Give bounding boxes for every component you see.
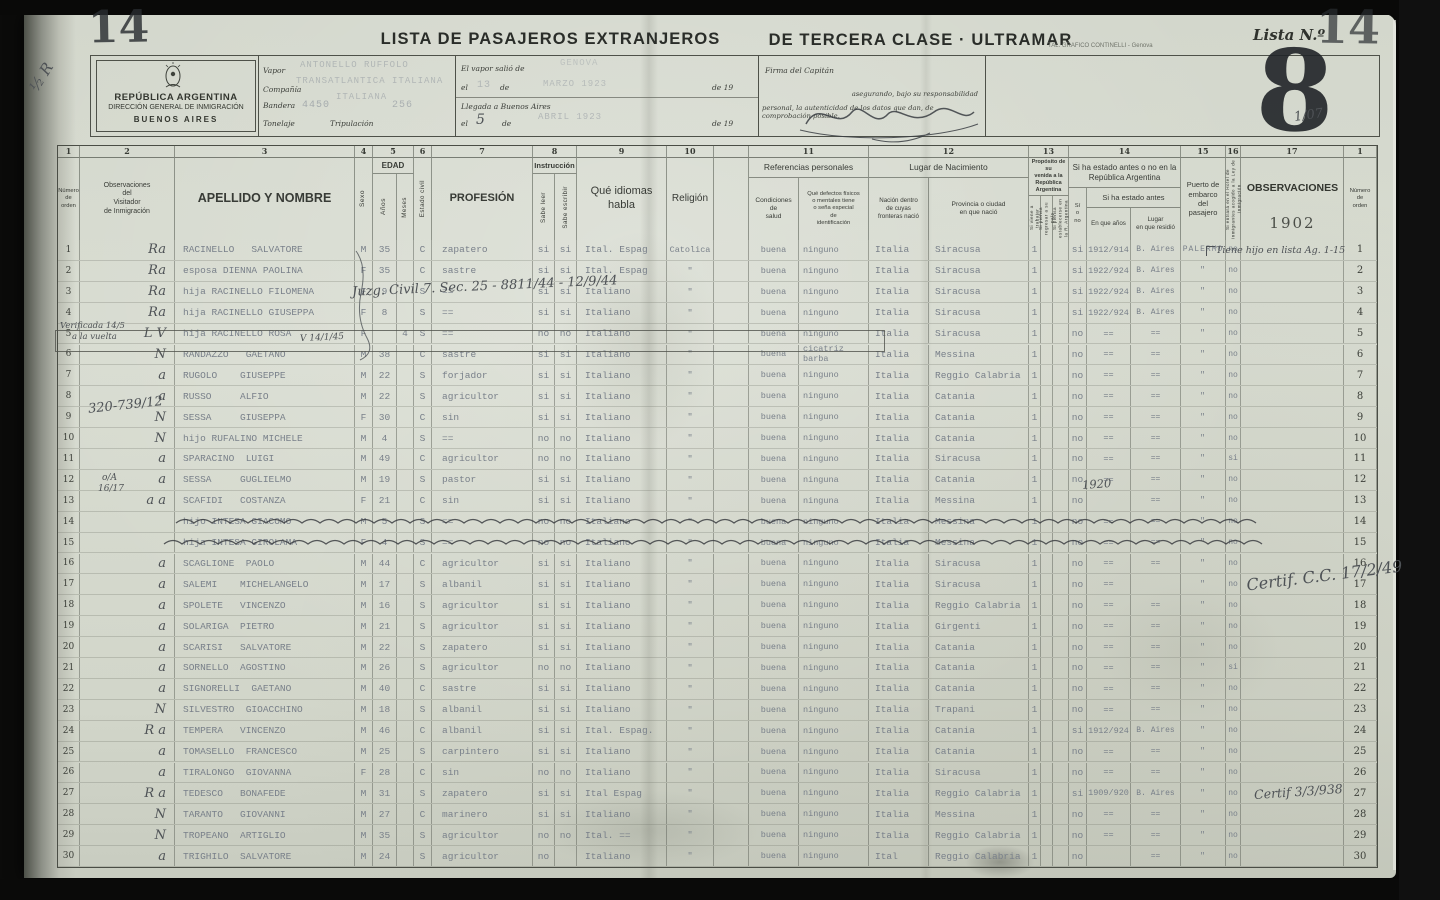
cell: " <box>667 763 714 783</box>
cell: 13 <box>1344 491 1377 511</box>
cell: no <box>1226 512 1241 532</box>
cell: no <box>533 533 555 553</box>
cell: no <box>1226 825 1241 845</box>
cell: " <box>1181 449 1226 469</box>
passenger-row: 13a aSCAFIDI COSTANZAF21CsinsisiItaliano… <box>58 491 1377 512</box>
cell: si <box>1226 449 1241 469</box>
cell: buena <box>749 533 799 553</box>
cell: 1 <box>1344 240 1377 260</box>
cell: B. Aires <box>1131 282 1181 302</box>
cell: SORNELLO AGOSTINO <box>175 658 355 678</box>
cell: F <box>355 407 373 427</box>
cell: 8 <box>58 386 80 406</box>
passenger-row: 15hija INTESA GIROLAMAF4S==nonoItaliano"… <box>58 533 1377 554</box>
cell: " <box>667 616 714 636</box>
cell: 31 <box>373 783 397 803</box>
cell: == <box>1131 700 1181 720</box>
cell: == <box>1087 658 1131 678</box>
header-cell: APELLIDO Y NOMBRE <box>175 158 355 240</box>
cell: buena <box>749 386 799 406</box>
cell: a <box>80 470 175 490</box>
cell: M <box>355 554 373 574</box>
cell: Italia <box>869 449 929 469</box>
cell: == <box>1087 763 1131 783</box>
cell: 30 <box>1344 846 1377 866</box>
cell <box>1041 386 1053 406</box>
cell <box>1241 846 1344 866</box>
salio-day: 13 <box>477 80 491 91</box>
cell: no <box>1069 491 1087 511</box>
cell: " <box>1181 303 1226 323</box>
cell: Messina <box>929 804 1029 824</box>
llegada-month: ABRIL 1923 <box>538 112 602 122</box>
cell <box>714 533 749 553</box>
cell <box>397 846 414 866</box>
cell: si <box>1069 783 1087 803</box>
cell: Italiano <box>577 763 667 783</box>
cell <box>1041 491 1053 511</box>
cell <box>1241 700 1344 720</box>
cell: Italiano <box>577 658 667 678</box>
cell: si <box>1226 658 1241 678</box>
cell: Italia <box>869 825 929 845</box>
cell <box>1041 512 1053 532</box>
captain-line2: personal, la autenticidad de los datos q… <box>762 104 982 120</box>
cell <box>714 554 749 574</box>
cell <box>1053 554 1069 574</box>
cell: S <box>414 470 432 490</box>
llegada-label: Llegada a Buenos Aires <box>461 102 551 111</box>
cell: C <box>414 804 432 824</box>
cell: 22 <box>1344 679 1377 699</box>
cell: 1 <box>1029 742 1041 762</box>
cell: si <box>555 365 577 385</box>
cell: M <box>355 386 373 406</box>
cell: no <box>1226 324 1241 344</box>
cell: 11 <box>1344 449 1377 469</box>
cell: == <box>1087 637 1131 657</box>
cell <box>714 721 749 741</box>
cell: Italia <box>869 574 929 594</box>
column-number: 7 <box>432 145 533 158</box>
cell: Trapani <box>929 700 1029 720</box>
cell <box>1241 512 1344 532</box>
cell: C <box>414 407 432 427</box>
cell: Messina <box>929 512 1029 532</box>
cell: si <box>555 303 577 323</box>
cell: C <box>414 679 432 699</box>
cell: 23 <box>58 700 80 720</box>
passenger-row: 12aSESSA GUGLIELMOM19SpastorsisiItaliano… <box>58 470 1377 491</box>
cell: " <box>667 282 714 302</box>
cell <box>714 365 749 385</box>
cell: " <box>1181 804 1226 824</box>
cell <box>714 574 749 594</box>
cell: no <box>1226 679 1241 699</box>
cell: Catania <box>929 742 1029 762</box>
cell: == <box>1131 428 1181 448</box>
cell: 15 <box>1344 533 1377 553</box>
cell: SILVESTRO GIOACCHINO <box>175 700 355 720</box>
cell: 27 <box>1344 783 1377 803</box>
column-number: 12 <box>869 145 1029 158</box>
cell: ninguno <box>799 700 869 720</box>
page-edge <box>1393 20 1396 870</box>
passenger-row: 30aTRIGHILO SALVATOREM24SagricultornoIta… <box>58 846 1377 867</box>
row1-observation: Tiene hijo en lista Ag. 1-15 <box>1216 245 1345 256</box>
cell: no <box>555 533 577 553</box>
cell: S <box>414 386 432 406</box>
cell <box>1041 825 1053 845</box>
cell: SOLARIGA PIETRO <box>175 616 355 636</box>
cell: Ra <box>80 261 175 281</box>
cell: == <box>1131 804 1181 824</box>
de19-label-2: de 19 <box>712 119 733 128</box>
cell: Italia <box>869 658 929 678</box>
cell: si <box>533 574 555 594</box>
cell: " <box>667 742 714 762</box>
cell <box>714 595 749 615</box>
cell: " <box>667 637 714 657</box>
cell: a <box>80 616 175 636</box>
cell: 13 <box>58 491 80 511</box>
cell: " <box>667 533 714 553</box>
cell: TEMPERA VINCENZO <box>175 721 355 741</box>
cell: == <box>1087 679 1131 699</box>
cell: M <box>355 846 373 866</box>
header-cell: EDAD <box>373 158 414 174</box>
cell <box>714 783 749 803</box>
cell: 20 <box>1344 637 1377 657</box>
cell: C <box>414 449 432 469</box>
cell: SIGNORELLI GAETANO <box>175 679 355 699</box>
cell <box>1241 428 1344 448</box>
cell: Italiano <box>577 407 667 427</box>
cell: " <box>667 700 714 720</box>
cell: " <box>1181 470 1226 490</box>
cell: a <box>80 846 175 866</box>
cell: ninguno <box>799 616 869 636</box>
cell: si <box>555 574 577 594</box>
cell <box>1241 595 1344 615</box>
cell <box>555 846 577 866</box>
cell: Siracusa <box>929 449 1029 469</box>
cell: 12 <box>1344 470 1377 490</box>
cell: 26 <box>58 763 80 783</box>
cell: == <box>1087 616 1131 636</box>
cell: si <box>555 491 577 511</box>
cell: " <box>1181 658 1226 678</box>
cell: C <box>414 261 432 281</box>
header-cell: Sexo <box>355 158 373 240</box>
cell: " <box>1181 345 1226 365</box>
cell: C <box>414 491 432 511</box>
passenger-row: 7aRUGOLO GIUSEPPEM22SforjadorsisiItalian… <box>58 365 1377 386</box>
cell: F <box>355 261 373 281</box>
cell: a <box>80 658 175 678</box>
header-cell: Religión <box>667 158 714 240</box>
cell: 4 <box>58 303 80 323</box>
cell: " <box>1181 407 1226 427</box>
cell: 1 <box>1029 658 1041 678</box>
cell <box>1053 595 1069 615</box>
cell <box>1041 470 1053 490</box>
cell: " <box>1181 554 1226 574</box>
cell: pastor <box>432 470 533 490</box>
header-cell: Qué defectos físicos o mentales tiene o … <box>799 178 869 240</box>
header-cell: Número de orden <box>1344 158 1377 240</box>
cell: Italiano <box>577 616 667 636</box>
cell: hija RACINELLO GIUSEPPA <box>175 303 355 323</box>
cell: 3 <box>1344 282 1377 302</box>
cell <box>1053 324 1069 344</box>
cell: " <box>667 512 714 532</box>
cell: no <box>1226 428 1241 448</box>
cell <box>80 512 175 532</box>
cell: == <box>1131 846 1181 866</box>
cell: forjador <box>432 365 533 385</box>
cell: Italia <box>869 491 929 511</box>
cell: " <box>1181 533 1226 553</box>
cell: S <box>414 825 432 845</box>
cell: si <box>1069 261 1087 281</box>
cell <box>397 658 414 678</box>
cell: buena <box>749 721 799 741</box>
org-city: BUENOS AIRES <box>96 115 256 124</box>
cell: Siracusa <box>929 303 1029 323</box>
cell: Italia <box>869 407 929 427</box>
cell: si <box>555 616 577 636</box>
cell: 1 <box>1029 616 1041 636</box>
cell <box>1041 763 1053 783</box>
cell <box>1241 763 1344 783</box>
cell: 1922/924 <box>1087 261 1131 281</box>
cell <box>714 846 749 866</box>
cell: S <box>414 616 432 636</box>
cell <box>1053 470 1069 490</box>
cell: no <box>1226 365 1241 385</box>
verification-box <box>55 330 885 352</box>
passenger-row: 10Nhijo RUFALINO MICHELEM4S==nonoItalian… <box>58 428 1377 449</box>
cell: == <box>1087 825 1131 845</box>
cell: si <box>533 386 555 406</box>
cell: 25 <box>373 742 397 762</box>
cell: ninguno <box>799 533 869 553</box>
cell: == <box>1131 512 1181 532</box>
cell: == <box>1131 616 1181 636</box>
cell: M <box>355 449 373 469</box>
page-title-left: LISTA DE PASAJEROS EXTRANJEROS <box>378 30 723 49</box>
cell: Messina <box>929 491 1029 511</box>
photo-dark-edge-right <box>1399 0 1440 900</box>
cell: no <box>1069 595 1087 615</box>
cell: 10 <box>1344 428 1377 448</box>
cell: == <box>1087 804 1131 824</box>
de-label-2: de <box>502 119 511 128</box>
cell: buena <box>749 365 799 385</box>
cell: Reggio Calabria <box>929 595 1029 615</box>
cell: == <box>1131 345 1181 365</box>
cell: ninguno <box>799 240 869 260</box>
cell: C <box>414 763 432 783</box>
list-count-stamp: 8 <box>1255 43 1335 140</box>
cell: Siracusa <box>929 282 1029 302</box>
cell: N <box>80 804 175 824</box>
cell <box>1041 742 1053 762</box>
cell: M <box>355 679 373 699</box>
cell: buena <box>749 763 799 783</box>
cell: no <box>1069 554 1087 574</box>
cell: SPARACINO LUIGI <box>175 449 355 469</box>
cell <box>1053 742 1069 762</box>
cell <box>714 282 749 302</box>
cell <box>1041 804 1053 824</box>
cell: == <box>1087 407 1131 427</box>
cell: M <box>355 721 373 741</box>
cell: == <box>432 303 533 323</box>
cell <box>1053 345 1069 365</box>
cell <box>1041 365 1053 385</box>
cell: M <box>355 470 373 490</box>
cell: == <box>1131 470 1181 490</box>
cell: F <box>355 763 373 783</box>
cell: M <box>355 637 373 657</box>
cell <box>1053 365 1069 385</box>
passenger-row: 8aRUSSO ALFIOM22SagricultorsisiItaliano"… <box>58 386 1377 407</box>
cell <box>1041 574 1053 594</box>
cell: 44 <box>373 554 397 574</box>
bandera-label: Bandera <box>263 101 295 110</box>
cell <box>1053 282 1069 302</box>
cell: 12 <box>58 470 80 490</box>
cell <box>1053 303 1069 323</box>
passenger-row: 25aTOMASELLO FRANCESCOM25Scarpinterosisi… <box>58 742 1377 763</box>
cell: B. Aires <box>1131 261 1181 281</box>
cell <box>714 763 749 783</box>
cell: 26 <box>373 658 397 678</box>
cell: == <box>1087 512 1131 532</box>
cell: == <box>1087 554 1131 574</box>
cell: Catania <box>929 721 1029 741</box>
cell: a <box>80 637 175 657</box>
cell: Italiano <box>577 512 667 532</box>
cell: 24 <box>1344 721 1377 741</box>
cell: " <box>1181 324 1226 344</box>
cell: 21 <box>1344 658 1377 678</box>
cell: Ra <box>80 240 175 260</box>
header-cell <box>714 158 749 240</box>
cell: " <box>1181 616 1226 636</box>
cell: 1 <box>1029 261 1041 281</box>
cell <box>1041 700 1053 720</box>
cell: si <box>555 554 577 574</box>
cell <box>1241 721 1344 741</box>
cell <box>1241 345 1344 365</box>
cell: " <box>667 679 714 699</box>
cell: no <box>1069 742 1087 762</box>
cell: R a <box>80 721 175 741</box>
cell: 40 <box>373 679 397 699</box>
cell: == <box>1087 742 1131 762</box>
cell <box>1241 282 1344 302</box>
cell: SALEMI MICHELANGELO <box>175 574 355 594</box>
cell: no <box>1226 303 1241 323</box>
cell: ninguno <box>799 679 869 699</box>
cell: Italia <box>869 637 929 657</box>
bandera-value: ITALIANA <box>336 92 387 102</box>
cell: 18 <box>1344 595 1377 615</box>
cell: Catania <box>929 637 1029 657</box>
cell <box>714 616 749 636</box>
cell: Reggio Calabria <box>929 783 1029 803</box>
cell: == <box>432 428 533 448</box>
cell: buena <box>749 804 799 824</box>
cell: agricultor <box>432 825 533 845</box>
cell: " <box>1181 512 1226 532</box>
cell: ninguno <box>799 846 869 866</box>
scafidi-note-1: o/A <box>102 473 117 483</box>
cell: " <box>1181 574 1226 594</box>
cell: == <box>1131 825 1181 845</box>
cell <box>714 804 749 824</box>
cell: ninguno <box>799 637 869 657</box>
cell: hija INTESA GIROLAMA <box>175 533 355 553</box>
cell: Italia <box>869 240 929 260</box>
cell: buena <box>749 658 799 678</box>
cell <box>1041 721 1053 741</box>
cell: 1 <box>1029 783 1041 803</box>
cell: M <box>355 658 373 678</box>
cell: si <box>533 240 555 260</box>
cell: Catania <box>929 386 1029 406</box>
cell: 1909/920 <box>1087 783 1131 803</box>
cell <box>714 449 749 469</box>
column-number: 5 <box>373 145 414 158</box>
cell: no <box>533 449 555 469</box>
passenger-row: 23NSILVESTRO GIOACCHINOM18SalbanilsisiIt… <box>58 700 1377 721</box>
cell <box>714 240 749 260</box>
cell: 1912/914 <box>1087 240 1131 260</box>
cell: TARANTO GIOVANNI <box>175 804 355 824</box>
cell: N <box>80 700 175 720</box>
cell <box>1053 574 1069 594</box>
cell: 1 <box>1029 324 1041 344</box>
cell: no <box>1069 637 1087 657</box>
cell: ninguno <box>799 574 869 594</box>
cell <box>397 679 414 699</box>
bracket-mark <box>1206 246 1215 256</box>
cell: " <box>1181 282 1226 302</box>
cell: esposa DIENNA PAOLINA <box>175 261 355 281</box>
cell: B. Aires <box>1131 303 1181 323</box>
cell: si <box>1069 303 1087 323</box>
cell: ninguno <box>799 428 869 448</box>
scanned-ledger-page: 14 ½ R LISTA DE PASAJEROS EXTRANJEROS DE… <box>0 0 1440 900</box>
cell: no <box>1226 345 1241 365</box>
cell: 22 <box>373 365 397 385</box>
cell: 1 <box>1029 512 1041 532</box>
cell <box>714 428 749 448</box>
cell: si <box>533 721 555 741</box>
cell: si <box>555 804 577 824</box>
cell: no <box>1069 574 1087 594</box>
passenger-row: 9NSESSA GIUSEPPAF30CsinsisiItaliano"buen… <box>58 407 1377 428</box>
cell: Siracusa <box>929 554 1029 574</box>
captain-line1: asegurando, bajo su responsabilidad <box>760 90 978 98</box>
cell: SPOLETE VINCENZO <box>175 595 355 615</box>
cell: no <box>1226 742 1241 762</box>
passenger-row: 29NTROPEANO ARTIGLIOM35SagricultornonoIt… <box>58 825 1377 846</box>
